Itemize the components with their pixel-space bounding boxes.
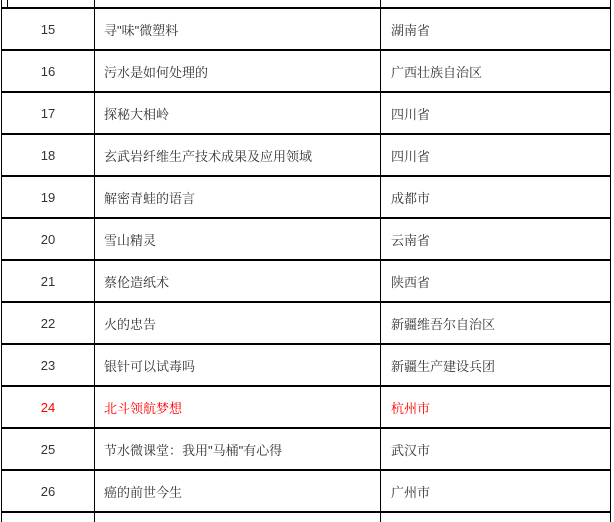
table-row: 19 解密青蛙的语言 成都市 [2, 177, 610, 219]
row-number: 22 [2, 303, 95, 343]
row-title: 北斗领航梦想 [95, 387, 381, 427]
row-region: 陕西省 [381, 261, 610, 301]
row-region: 云南省 [381, 219, 610, 259]
partial-cell-number [8, 0, 95, 7]
row-number: 23 [2, 345, 95, 385]
row-region: 四川省 [381, 135, 610, 175]
row-number: 18 [2, 135, 95, 175]
row-title: 节水微课堂：我用"马桶"有心得 [95, 429, 381, 469]
table-row: 23 银针可以试毒吗 新疆生产建设兵团 [2, 345, 610, 387]
row-region: 四川省 [381, 93, 610, 133]
row-number: 21 [2, 261, 95, 301]
row-title: 癌的前世今生 [95, 471, 381, 511]
row-region: 广西壮族自治区 [381, 51, 610, 91]
table-row: 15 寻"味"微塑料 湖南省 [2, 9, 610, 51]
row-number: 20 [2, 219, 95, 259]
table-row-partial-top [2, 0, 610, 9]
row-title: 雪山精灵 [95, 219, 381, 259]
row-number: 19 [2, 177, 95, 217]
row-title: 蔡伦造纸术 [95, 261, 381, 301]
table-row: 20 雪山精灵 云南省 [2, 219, 610, 261]
row-region: 新疆生产建设兵团 [381, 345, 610, 385]
row-region: 武汉市 [381, 429, 610, 469]
row-title: 火的忠告 [95, 303, 381, 343]
row-title: 解密青蛙的语言 [95, 177, 381, 217]
table-row: 18 玄武岩纤维生产技术成果及应用领域 四川省 [2, 135, 610, 177]
row-region: 新疆维吾尔自治区 [381, 303, 610, 343]
row-number: 24 [2, 387, 95, 427]
partial-cell-region [381, 0, 610, 7]
row-region: 杭州市 [381, 387, 610, 427]
row-number: 17 [2, 93, 95, 133]
partial-cell-region [381, 513, 610, 522]
partial-cell-title [95, 0, 381, 7]
row-title: 污水是如何处理的 [95, 51, 381, 91]
table-row: 24 北斗领航梦想 杭州市 [2, 387, 610, 429]
row-title: 玄武岩纤维生产技术成果及应用领域 [95, 135, 381, 175]
row-region: 广州市 [381, 471, 610, 511]
partial-cell-title [95, 513, 381, 522]
row-number: 16 [2, 51, 95, 91]
row-number: 15 [2, 9, 95, 49]
partial-cell-number [2, 513, 95, 522]
table-row-partial-bottom [2, 513, 610, 522]
row-region: 湖南省 [381, 9, 610, 49]
table-row: 17 探秘大相岭 四川省 [2, 93, 610, 135]
row-title: 银针可以试毒吗 [95, 345, 381, 385]
table-row: 16 污水是如何处理的 广西壮族自治区 [2, 51, 610, 93]
row-number: 26 [2, 471, 95, 511]
ranking-table: 15 寻"味"微塑料 湖南省 16 污水是如何处理的 广西壮族自治区 17 探秘… [1, 0, 611, 522]
table-row: 21 蔡伦造纸术 陕西省 [2, 261, 610, 303]
row-number: 25 [2, 429, 95, 469]
table-row: 26 癌的前世今生 广州市 [2, 471, 610, 513]
row-region: 成都市 [381, 177, 610, 217]
table-row: 22 火的忠告 新疆维吾尔自治区 [2, 303, 610, 345]
row-title: 探秘大相岭 [95, 93, 381, 133]
row-title: 寻"味"微塑料 [95, 9, 381, 49]
table-row: 25 节水微课堂：我用"马桶"有心得 武汉市 [2, 429, 610, 471]
